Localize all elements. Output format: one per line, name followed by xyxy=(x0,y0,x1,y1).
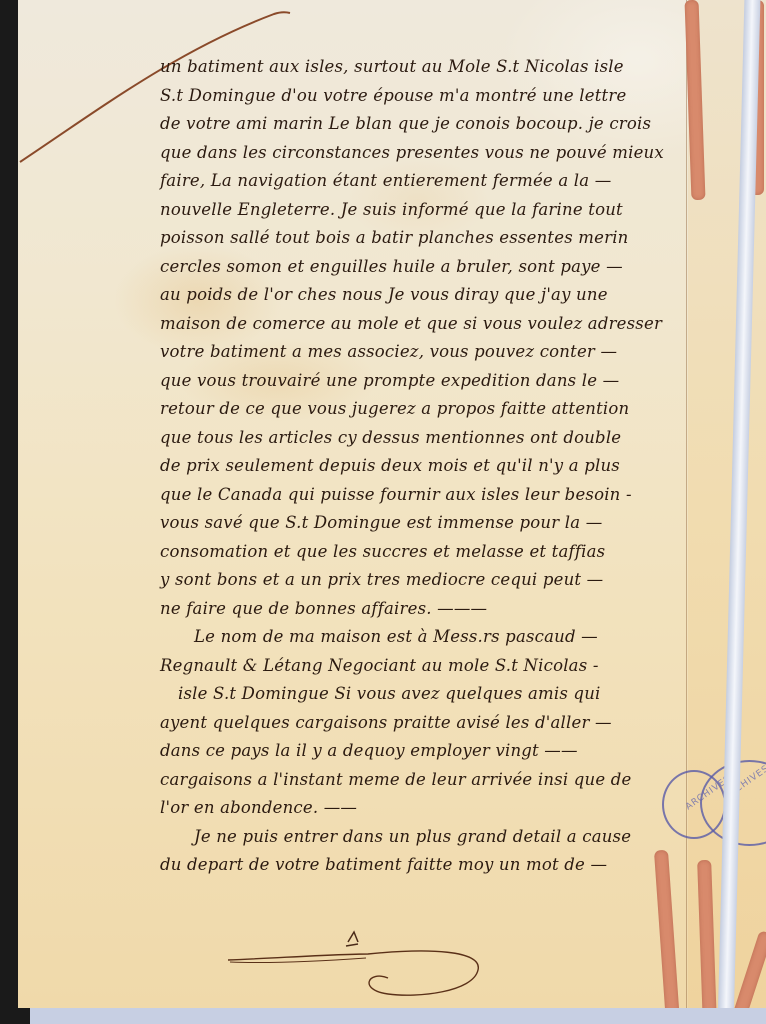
letter-line: poisson sallé tout bois a batir planches… xyxy=(160,224,680,253)
letter-line: au poids de l'or ches nous Je vous diray… xyxy=(160,281,680,310)
paragraph-2-line: Le nom de ma maison est à Mess.rs pascau… xyxy=(160,623,680,652)
letter-line: S.t Domingue d'ou votre épouse m'a montr… xyxy=(160,82,680,111)
letter-line: que dans les circonstances presentes vou… xyxy=(160,139,680,168)
paragraph-2-line: l'or en abondence. —— xyxy=(160,794,680,823)
paragraph-2-line: ayent quelques cargaisons praitte avisé … xyxy=(160,709,680,738)
letter-line: votre batiment a mes associez, vous pouv… xyxy=(160,338,680,367)
letter-line: cercles somon et enguilles huile a brule… xyxy=(160,253,680,282)
paragraph-2-line: dans ce pays la il y a dequoy employer v… xyxy=(160,737,680,766)
letter-line: consomation et que les succres et melass… xyxy=(160,538,680,567)
letter-line: de votre ami marin Le blan que je conois… xyxy=(160,110,680,139)
letter-line: nouvelle Engleterre. Je suis informé que… xyxy=(160,196,680,225)
letter-line: y sont bons et a un prix tres mediocre c… xyxy=(160,566,680,595)
letter-line: faire, La navigation étant entierement f… xyxy=(160,167,680,196)
paragraph-3-line: du depart de votre batiment faitte moy u… xyxy=(160,851,680,880)
letter-line: retour de ce que vous jugerez a propos f… xyxy=(160,395,680,424)
letter-line: que le Canada qui puisse fournir aux isl… xyxy=(160,481,680,510)
paragraph-2-line: isle S.t Domingue Si vous avez quelques … xyxy=(160,680,680,709)
signature-flourish xyxy=(218,930,518,1008)
letter-line: un batiment aux isles, surtout au Mole S… xyxy=(160,53,680,82)
paragraph-2-line: Regnault & Létang Negociant au mole S.t … xyxy=(160,652,680,681)
paragraph-3-line: Je ne puis entrer dans un plus grand det… xyxy=(160,823,680,852)
letter-line: que vous trouvairé une prompte expeditio… xyxy=(160,367,680,396)
paragraph-2-line: cargaisons a l'instant meme de leur arri… xyxy=(160,766,680,795)
letter-line: ne faire que de bonnes affaires. ——— xyxy=(160,595,680,624)
letter-line: maison de comerce au mole et que si vous… xyxy=(160,310,680,339)
frame-bottom xyxy=(30,1008,766,1024)
letter-line: que tous les articles cy dessus mentionn… xyxy=(160,424,680,453)
letter-line: de prix seulement depuis deux mois et qu… xyxy=(160,452,680,481)
page-fold xyxy=(686,0,687,1008)
letter-line: vous savé que S.t Domingue est immense p… xyxy=(160,509,680,538)
letter-body: un batiment aux isles, surtout au Mole S… xyxy=(160,53,680,880)
